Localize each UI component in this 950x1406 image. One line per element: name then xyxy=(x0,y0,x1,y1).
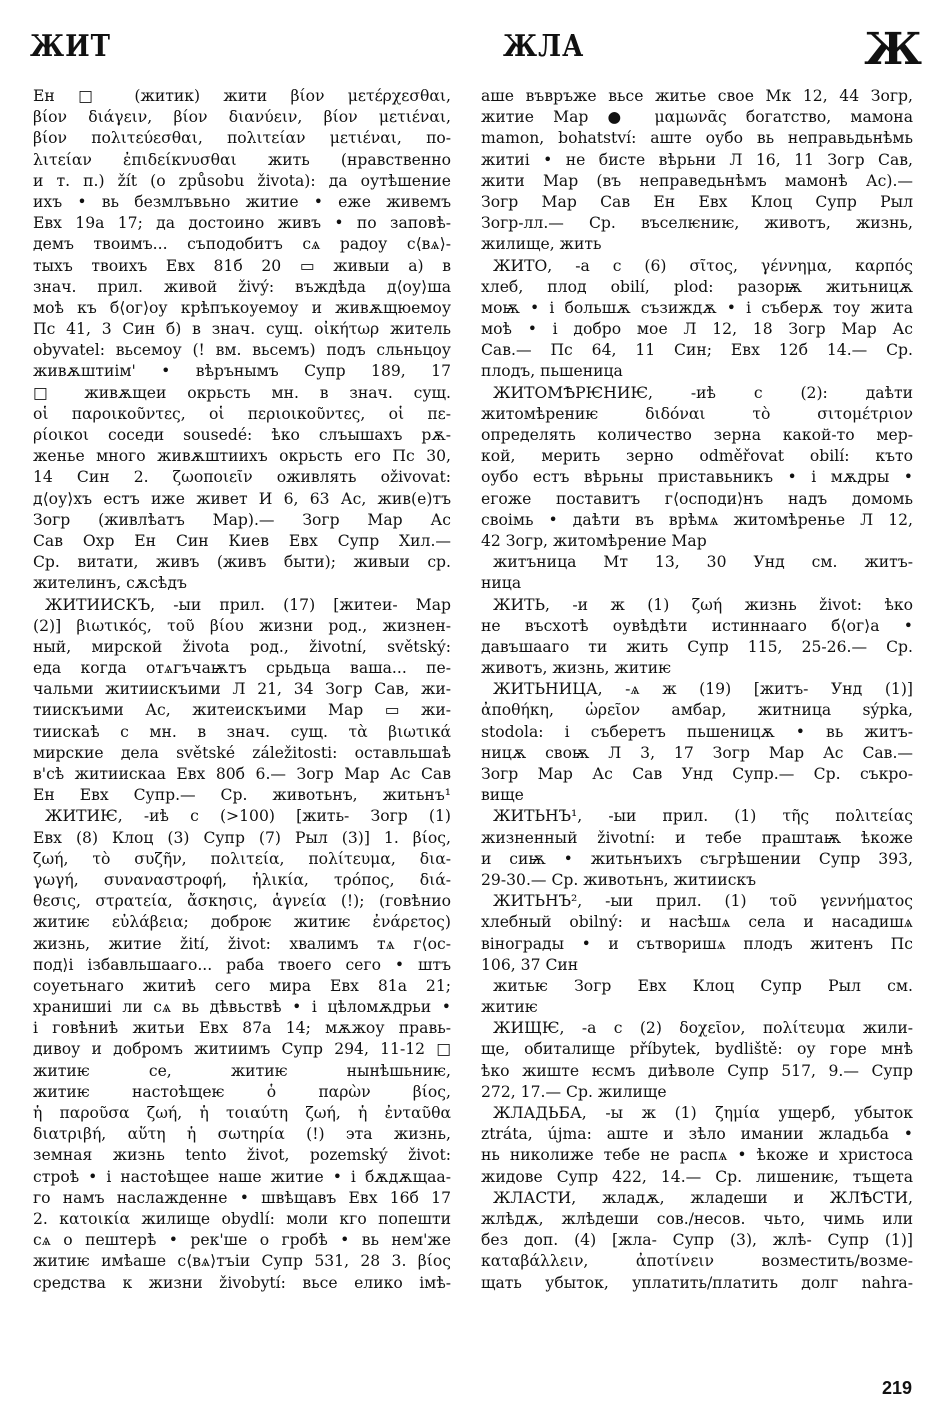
text-line: 29-30.— Ср. животьнъ, житиискъ xyxy=(481,870,913,891)
text-line: житиѥ εὐλάβεια; доброѥ житиѥ ἐνάρετος) xyxy=(33,912,451,933)
text-line: жлѣдѫ, жлѣдеши сов./несов. чьто, чимь ил… xyxy=(481,1209,913,1230)
text-line: тиискъими Ас, житеискъими Мар ▭ жи- xyxy=(33,700,451,721)
text-line: Зогр-лл.— Ср. въселѥниѥ, животъ, жизнь, xyxy=(481,213,913,234)
text-line: моѣ къ б⟨ог⟩оу крѣпъкоуемоу и живѫщюемоу xyxy=(33,298,451,319)
text-line: жизнь, житие žití, život: хвалимъ тѧ г⟨о… xyxy=(33,934,451,955)
entry-headline: житьѥ Зогр Евх Клоц Супр Рыл см. xyxy=(481,976,913,997)
text-line: ницѫ своѭ Л 3, 17 Зогр Мар Ас Сав.— xyxy=(481,743,913,764)
text-line: егоже поставитъ г⟨осподи⟩нъ надъ домомь xyxy=(481,489,913,510)
text-line: кой, мерить зерно odměřovat obilí: къто xyxy=(481,446,913,467)
text-line: 272, 17.— Ср. жилище xyxy=(481,1082,913,1103)
text-line: хранишиі ли сѧ вь дѣвьствѣ • і цѣломѫдрь… xyxy=(33,997,451,1018)
text-line: житиі • не бисте вѣрьни Л 16, 11 Зогр Са… xyxy=(481,150,913,171)
text-line: моѭ • і большѫ съзиждѫ • і съберѫ тоу жи… xyxy=(481,298,913,319)
text-line: знач. прил. живой živý: въждѣда д⟨оу⟩ша xyxy=(33,277,451,298)
text-line: нь николиже тебе не распѧ • ѣкоже и хрис… xyxy=(481,1145,913,1166)
text-line: ѣко жиште ѥсмъ диѣволе Супр 517, 9.— Суп… xyxy=(481,1061,913,1082)
text-line: ще, обиталище příbytek, bydliště: оу гор… xyxy=(481,1039,913,1060)
text-line: аше въвръже вьсе житье свое Мк 12, 44 Зо… xyxy=(481,86,913,107)
text-line: Ен □ (житик) жити βίον μετέρχεσθαι, xyxy=(33,86,451,107)
text-line: жилище, жить xyxy=(481,234,913,255)
text-line: Зогр (живлѣатъ Мар).— Зогр Мар Ас xyxy=(33,510,451,531)
entry-headline: житъница Мт 13, 30 Унд см. житъ- xyxy=(481,552,913,573)
text-line: и т. п.) žít (o způsobu života): да оутѣ… xyxy=(33,171,451,192)
text-line: 14 Син 2. ζωοποιεῖν оживлять oživovat: xyxy=(33,467,451,488)
text-line: ἡ παροῦσα ζωή, ἡ τοιαύτη ζωή, ἡ ἐνταῦθα xyxy=(33,1103,451,1124)
text-line: плодъ, пьшеница xyxy=(481,361,913,382)
text-line: жити Мар (въ неправедьнѣмъ мамонѣ Ас).— xyxy=(481,171,913,192)
text-line: ный, мирской života род., životní, světs… xyxy=(33,637,451,658)
text-line: Ен Евх Супр.— Ср. животьнъ, житьнъ¹ xyxy=(33,785,451,806)
text-line: διατριβή, αὕτη ἡ σωτηρία (!) эта жизнь, xyxy=(33,1124,451,1145)
text-line: mamon, bohatství: аште оубо вь неправьдь… xyxy=(481,128,913,149)
text-line: stodola: і съберетъ пьшеницѫ • вь житъ- xyxy=(481,722,913,743)
text-line: тиискаѣ с мн. в знач. сущ. τὰ βιωτικά xyxy=(33,722,451,743)
text-line: давъшааго ти жить Супр 115, 25-26.— Ср. xyxy=(481,637,913,658)
text-line: καταβάλλειν, ἀποτίνειν возместить/возме- xyxy=(481,1251,913,1272)
text-line: женье много живѫштиихъ окрьсть его Пс 30… xyxy=(33,446,451,467)
text-line: Ср. витати, живъ (живъ быти); живыи ср. xyxy=(33,552,451,573)
text-line: οἱ παροικοῦντες, οἱ περιοικοῦντες, οἱ πε… xyxy=(33,404,451,425)
text-line: строѣ • і настоѣщее наше житие • і бѫдѫщ… xyxy=(33,1167,451,1188)
text-line: Пс 41, 3 Син б) в знач. сущ. οἰκήτωρ жит… xyxy=(33,319,451,340)
text-line: ztráta, újma: аште и зѣло имании жладьба… xyxy=(481,1124,913,1145)
text-line: житиѥ xyxy=(481,997,913,1018)
text-line: Зогр Мар Сав Ен Евх Клоц Супр Рыл xyxy=(481,192,913,213)
text-line: житие Мар ● μαμωνᾶς богатство, мамона xyxy=(481,107,913,128)
text-line: средства к жизни živobytí: вьсе елико ім… xyxy=(33,1273,451,1294)
text-line: Сав Охр Ен Син Киев Евх Супр Хил.— xyxy=(33,531,451,552)
text-line: и сиѭ • житьнъихъ съгрѣшении Супр 393, xyxy=(481,849,913,870)
text-line: не въсхотѣ оувѣдѣти истиннааго б⟨ог⟩а • xyxy=(481,616,913,637)
section-letter: Ж xyxy=(864,24,922,75)
text-line: 42 Зогр, житомѣрение Мар xyxy=(481,531,913,552)
text-line: ихъ • вь безмлъвьно житие • еже живемъ xyxy=(33,192,451,213)
text-line: вище xyxy=(481,785,913,806)
text-line: чальми житиискъими Л 21, 34 Зогр Сав, жи… xyxy=(33,679,451,700)
text-line: живѫштиім' • вѣрънымъ Супр 189, 17 xyxy=(33,361,451,382)
entry-headline: ЖИТЬ, -и ж (1) ζωή жизнь život: ѣко xyxy=(481,595,913,616)
text-line: в'сѣ житиискаа Евх 80б 6.— Зогр Мар Ас С… xyxy=(33,764,451,785)
text-line: без доп. (4) [жла- Супр (3), жлѣ- Супр (… xyxy=(481,1230,913,1251)
entry-headline: ЖИТОМѢРѤНИѤ, -иѣ с (2): даѣти xyxy=(481,383,913,404)
entry-headline: ЖИТЬНЪ², -ыи прил. (1) τοῦ γεννήματος xyxy=(481,891,913,912)
text-line: еда когда отѧгъчаѭтъ срьдьца ваша... пе- xyxy=(33,658,451,679)
dictionary-page: ЖИТ ЖЛА Ж Ен □ (житик) жити βίον μετέρχε… xyxy=(0,0,950,1406)
entry-headline: ЖЛАСТИ, жладѫ, жладеши и ЖЛѢСТИ, xyxy=(481,1188,913,1209)
text-line: хлеб, плод obilí, plod: разорѭ житьницѫ xyxy=(481,277,913,298)
text-line: Зогр Мар Ас Сав Унд Супр.— Ср. съкро- xyxy=(481,764,913,785)
text-line: obyvatel: вьсемоу (! вм. вьсемъ) подъ сл… xyxy=(33,340,451,361)
text-line: сѧ о пештерѣ • рек'ше о гробѣ • вь нем'ж… xyxy=(33,1230,451,1251)
text-line: βίον πολιτεύεσθαι, πολιτείαν μετιέναι, π… xyxy=(33,128,451,149)
text-line: і говѣниѣ житьи Евх 87а 14; мѫжоу правь- xyxy=(33,1018,451,1039)
entry-headline: ЖИЩѤ, -а с (2) δοχεῖον, πολίτευμα жили- xyxy=(481,1018,913,1039)
text-line: житиѥ имѣаше с⟨вѧ⟩тъіи Супр 531, 28 3. β… xyxy=(33,1251,451,1272)
text-line: моѣ • і добро мое Л 12, 18 Зогр Мар Ас xyxy=(481,319,913,340)
text-line: житиѥ се, житиѥ нынѣшьниѥ, xyxy=(33,1061,451,1082)
text-line: 2. κατοικία жилище obydlí: моли кго попе… xyxy=(33,1209,451,1230)
text-line: дивоу и добромъ житиимъ Супр 294, 11-12 … xyxy=(33,1039,451,1060)
running-head-center: ЖЛА xyxy=(503,30,584,65)
text-line: жидове Супр 422, 14.— Ср. лишениѥ, тъщет… xyxy=(481,1167,913,1188)
text-line: го намъ наслажденне • швѣщавъ Евх 16б 17 xyxy=(33,1188,451,1209)
text-line: ζωή, τὸ συζῆν, πολιτεία, πολίτευμα, δια- xyxy=(33,849,451,870)
text-line: Евх (8) Клоц (3) Супр (7) Рыл (3)] 1. βί… xyxy=(33,828,451,849)
text-line: д⟨оу⟩хъ естъ иже живет И 6, 63 Ас, жив(е… xyxy=(33,489,451,510)
text-line: (2)] βιωτικός, τοῦ βίου жизни род., жизн… xyxy=(33,616,451,637)
right-column: аше въвръже вьсе житье свое Мк 12, 44 Зо… xyxy=(481,86,913,1294)
text-line: животъ, жизнь, житиѥ xyxy=(481,658,913,679)
text-line: вінограды • и сътворишѧ плодъ житенъ Пс xyxy=(481,934,913,955)
text-line: ница xyxy=(481,573,913,594)
text-line: хлебный obilný: и насѣшѧ села и насадишѧ xyxy=(481,912,913,933)
text-line: под⟩і ізбавльшааго... раба твоего сего •… xyxy=(33,955,451,976)
text-line: ρίοικοι соседи sousedé: ѣко слъышахъ рѫ- xyxy=(33,425,451,446)
text-line: соуетьнаго житиѣ сего мира Евх 81а 21; xyxy=(33,976,451,997)
text-line: 106, 37 Син xyxy=(481,955,913,976)
page-number: 219 xyxy=(882,1378,912,1399)
text-line: житиѥ настоѣщеѥ ὁ παρὼν βίος, xyxy=(33,1082,451,1103)
text-line: жителинъ, сѫсѣдъ xyxy=(33,573,451,594)
text-line: Сав.— Пс 64, 11 Син; Евх 12б 14.— Ср. xyxy=(481,340,913,361)
entry-headline: ЖИТИѤ, -иѣ с (>100) [жить- Зогр (1) xyxy=(33,806,451,827)
text-line: определять количество зерна какой-то мер… xyxy=(481,425,913,446)
text-line: жизненный životní: и тебе праштаѭ ѣкоже xyxy=(481,828,913,849)
left-column: Ен □ (житик) жити βίον μετέρχεσθαι,βίον … xyxy=(33,86,451,1294)
entry-headline: ЖИТЬНЪ¹, -ыи прил. (1) τῆς πολιτείας xyxy=(481,806,913,827)
text-line: мирские дела světské záležitosti: оставл… xyxy=(33,743,451,764)
entry-headline: ЖЛАДЬБА, -ы ж (1) ζημία ущерб, убыток xyxy=(481,1103,913,1124)
text-line: Евх 19а 17; да достоино живъ • по заповѣ… xyxy=(33,213,451,234)
text-line: своімь • даѣти въ врѣмѧ житомѣренье Л 12… xyxy=(481,510,913,531)
text-line: □ живѫщеи окрьсть мн. в знач. сущ. xyxy=(33,383,451,404)
running-head-left: ЖИТ xyxy=(30,30,111,65)
text-line: земная жизнь tento život, pozemský život… xyxy=(33,1145,451,1166)
text-line: щать убыток, уплатить/платить долг nahra… xyxy=(481,1273,913,1294)
text-line: демъ твоимъ... съподобитъ сѧ радоу с⟨вѧ⟩… xyxy=(33,234,451,255)
text-line: θεσις, στρατεία, ἄσκησις, ἁγνεία (!); (г… xyxy=(33,891,451,912)
text-line: λιτείαν ἐπιδείκνυσθαι жить (нравственно xyxy=(33,150,451,171)
running-head: ЖИТ ЖЛА Ж xyxy=(0,28,950,78)
text-line: γωγή, συναναστροφή, ἡλικία, τρόπος, διά- xyxy=(33,870,451,891)
text-line: тыхъ твоихъ Евх 81б 20 ▭ живыи а) в xyxy=(33,256,451,277)
text-line: ἀποθήκη, ὡρεῖον амбар, житница sýpka, xyxy=(481,700,913,721)
entry-headline: ЖИТО, -а с (6) σῖτος, γέννημα, καρπός xyxy=(481,256,913,277)
text-line: оубо естъ вѣрьны приставьникъ • і мѫдры … xyxy=(481,467,913,488)
text-line: βίον διάγειν, βίον διανύειν, βίον μετιέν… xyxy=(33,107,451,128)
entry-headline: ЖИТИИСКЪ, -ыи прил. (17) [житеи- Мар xyxy=(33,595,451,616)
entry-headline: ЖИТЬНИЦА, -ѧ ж (19) [житъ- Унд (1)] xyxy=(481,679,913,700)
text-line: житомѣрениѥ διδόναι τὸ σιτομέτριον xyxy=(481,404,913,425)
